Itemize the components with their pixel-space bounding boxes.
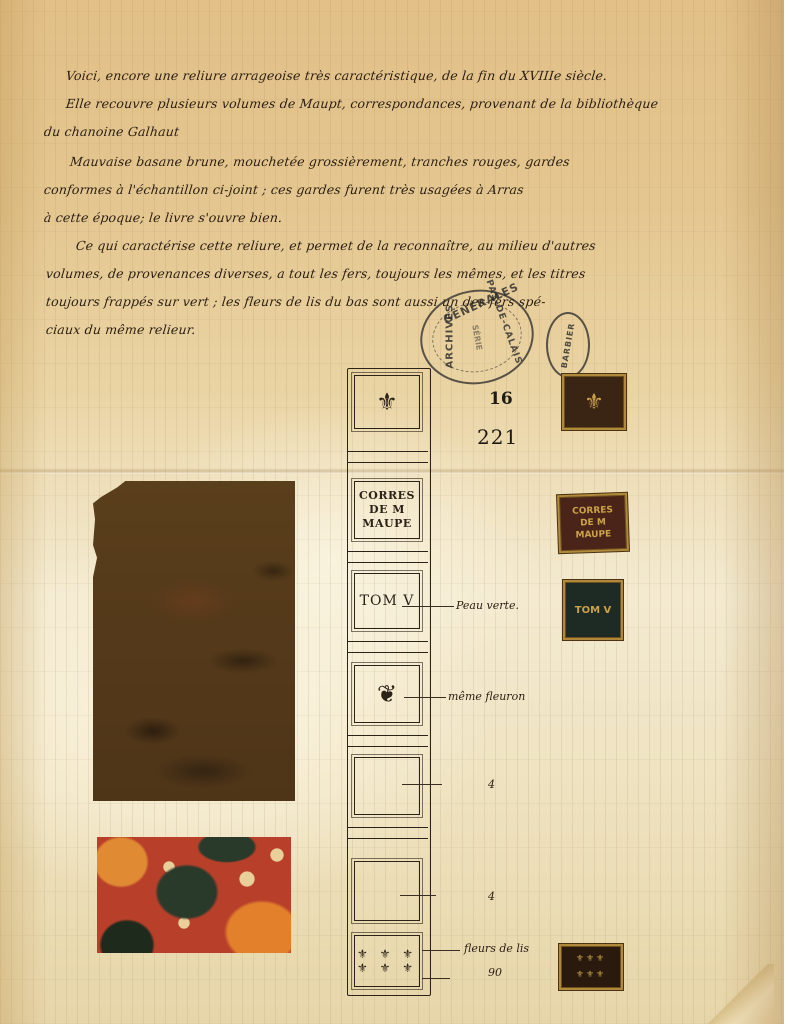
note-line-1: Voici, encore une reliure arrageoise trè… [65,68,608,83]
gilt-flower-icon: ⚜ [584,390,604,415]
leader-line [404,697,446,698]
spine-sketch: ⚜ CORRES DE M MAUPE TOM V ❦ ⚜ ⚜ ⚜ ⚜ ⚜ ⚜ [347,368,431,996]
spine-panel-fleur-bands: ⚜ ⚜ ⚜ ⚜ ⚜ ⚜ [354,935,420,987]
gilt-tome-text: TOM V [575,605,612,616]
spine-panel-title: CORRES DE M MAUPE [354,481,420,539]
spine-band [348,735,428,747]
note-line-3-text: du chanoine Galhaut [43,124,180,139]
spine-band [348,451,428,463]
annotation-4a: 4 [488,778,495,791]
fleur-de-lis-row-icon: ⚜ ⚜ ⚜ [357,947,417,961]
annotation-4b: 4 [488,890,495,903]
annotation-peau-verte: Peau verte. [456,599,519,612]
fleur-de-lis-row-icon: ⚜ ⚜ ⚜ [357,961,417,975]
spine-title-line-2: DE M [369,503,405,517]
fleuron-icon: ❦ [377,682,397,706]
gilt-title-line-3: MAUPE [575,528,611,541]
gilt-fragment-flower: ⚜ [562,374,626,430]
gilt-fragment-title: CORRES DE M MAUPE [557,493,629,553]
barbier-stamp-text: BARBIER [560,321,577,368]
note-line-3: du chanoine Galhaut [43,124,180,139]
note-line-7: Ce qui caractérise cette reliure, et per… [75,238,596,253]
leader-line [402,606,454,607]
spine-panel-tome: TOM V [354,573,420,629]
archive-stamp-left-text: ARCHIVES [444,304,455,369]
spine-title-line-1: CORRES [359,489,415,503]
leader-line [422,950,460,951]
gilt-title-line-1: CORRES [572,504,613,517]
marbled-paper-sample [97,837,291,953]
spine-band [348,551,428,563]
gilt-fleur-row-icon: ⚜⚜⚜ [576,967,606,983]
leader-line [402,784,442,785]
spine-panel-blank-1 [354,757,420,815]
note-line-8: volumes, de provenances diverses, a tout… [45,266,586,281]
spine-panel-blank-2 [354,861,420,921]
spine-band [348,827,428,839]
document-page: Voici, encore une reliure arrageoise trè… [0,0,784,1024]
flower-ornament-icon: ⚜ [376,390,398,414]
gilt-fragment-fleur-band: ⚜⚜⚜ ⚜⚜⚜ [559,944,623,990]
leader-line [400,895,436,896]
note-line-5: conformes à l'échantillon ci-joint ; ces… [43,182,524,197]
note-line-6: à cette époque; le livre s'ouvre bien. [43,210,283,225]
leather-sample [93,481,295,801]
note-line-4: Mauvaise basane brune, mouchetée grossiè… [69,154,570,169]
paper-corner-curl [704,964,774,1024]
catalog-number-bottom: 221 [477,425,518,449]
spine-band [348,641,428,653]
spine-panel-fleuron: ❦ [354,665,420,723]
barbier-stamp: BARBIER [546,312,590,378]
gilt-fragment-tome: TOM V [563,580,623,640]
annotation-90: 90 [488,966,502,979]
leader-line [422,978,450,979]
annotation-fleurs-de-lis: fleurs de lis [464,942,529,955]
note-line-2: Elle recouvre plusieurs volumes de Maupt… [65,96,659,111]
gilt-fleur-row-icon: ⚜⚜⚜ [576,951,606,967]
spine-title-line-3: MAUPE [362,517,411,531]
annotation-meme-fleuron: même fleuron [448,690,525,703]
note-line-10: ciaux du même relieur. [45,322,196,337]
catalog-number-top: 16 [489,389,513,409]
gilt-title-line-2: DE M [580,517,606,530]
spine-panel-flower: ⚜ [354,375,420,429]
